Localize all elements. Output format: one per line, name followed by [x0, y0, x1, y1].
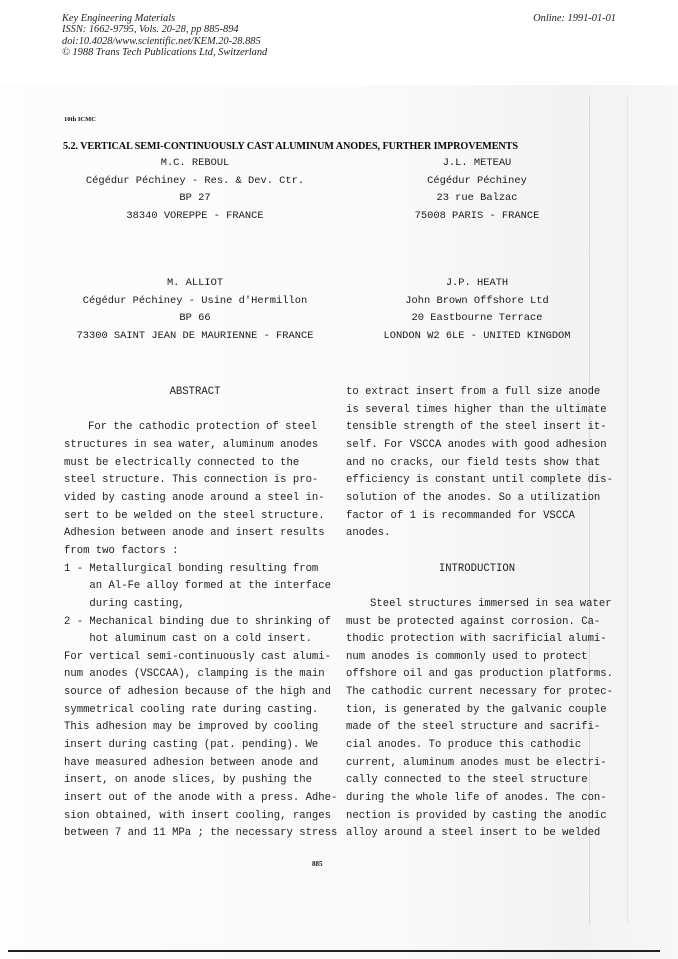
author-address: BP 27 — [64, 190, 326, 208]
author-affiliation: Cégédur Péchiney — [346, 173, 608, 191]
text-line: structures in sea water, aluminum anodes — [64, 437, 326, 455]
abstract-left-column: ABSTRACT For the cathodic protection of … — [64, 384, 326, 843]
paper-title: 5.2. VERTICAL SEMI-CONTINUOUSLY CAST ALU… — [63, 141, 518, 152]
author-block-3: M. ALLIOT Cégédur Péchiney - Usine d'Her… — [64, 275, 326, 346]
text-line: anodes. — [346, 525, 608, 543]
text-line: insert, on anode slices, by pushing the — [64, 772, 326, 790]
author-name: J.L. METEAU — [346, 155, 608, 173]
author-address: 38340 VOREPPE - FRANCE — [64, 208, 326, 226]
text-line: must be electrically connected to the — [64, 455, 326, 473]
text-line: must be protected against corrosion. Ca- — [346, 614, 608, 632]
text-line: For vertical semi-continuously cast alum… — [64, 649, 326, 667]
journal-header: Key Engineering Materials ISSN: 1662-979… — [62, 13, 267, 58]
page-bottom-rule — [8, 950, 660, 952]
text-line: insert out of the anode with a press. Ad… — [64, 790, 326, 808]
list-item-line: hot aluminum cast on a cold insert. — [64, 631, 326, 649]
text-line: sert to be welded on the steel structure… — [64, 508, 326, 526]
abstract-paragraph-1: For the cathodic protection of steelstru… — [64, 419, 326, 560]
author-affiliation: Cégédur Péchiney - Usine d'Hermillon — [64, 293, 326, 311]
abstract-right-column: to extract insert from a full size anode… — [346, 384, 608, 843]
text-line: self. For VSCCA anodes with good adhesio… — [346, 437, 608, 455]
text-line: insert during casting (pat. pending). We — [64, 737, 326, 755]
text-line: offshore oil and gas production platform… — [346, 666, 608, 684]
text-line: vided by casting anode around a steel in… — [64, 490, 326, 508]
text-line: For the cathodic protection of steel — [64, 419, 326, 437]
text-line: from two factors : — [64, 543, 326, 561]
text-line: is several times higher than the ultimat… — [346, 402, 608, 420]
text-line: factor of 1 is recommanded for VSCCA — [346, 508, 608, 526]
text-line: cial anodes. To produce this cathodic — [346, 737, 608, 755]
journal-name: Key Engineering Materials — [62, 13, 267, 24]
text-line: source of adhesion because of the high a… — [64, 684, 326, 702]
online-date: Online: 1991-01-01 — [533, 13, 616, 24]
text-line: to extract insert from a full size anode — [346, 384, 608, 402]
doi-line: doi:10.4028/www.scientific.net/KEM.20-28… — [62, 36, 267, 47]
author-name: J.P. HEATH — [346, 275, 608, 293]
author-block-4: J.P. HEATH John Brown Offshore Ltd 20 Ea… — [346, 275, 608, 346]
abstract-factor-list: 1 - Metallurgical bonding resulting from… — [64, 561, 326, 649]
author-affiliation: Cégédur Péchiney - Res. & Dev. Ctr. — [64, 173, 326, 191]
text-line: The cathodic current necessary for prote… — [346, 684, 608, 702]
page-number: 885 — [312, 860, 323, 868]
text-line: Adhesion between anode and insert result… — [64, 525, 326, 543]
author-address: LONDON W2 6LE - UNITED KINGDOM — [346, 328, 608, 346]
issn-line: ISSN: 1662-9795, Vols. 20-28, pp 885-894 — [62, 24, 267, 35]
list-item-line: 1 - Metallurgical bonding resulting from — [64, 561, 326, 579]
text-line: made of the steel structure and sacrifi- — [346, 719, 608, 737]
text-line: during the whole life of anodes. The con… — [346, 790, 608, 808]
text-line: nection is provided by casting the anodi… — [346, 808, 608, 826]
text-line: solution of the anodes. So a utilization — [346, 490, 608, 508]
author-block-2: J.L. METEAU Cégédur Péchiney 23 rue Balz… — [346, 155, 608, 226]
text-line: have measured adhesion between anode and — [64, 755, 326, 773]
text-line: sion obtained, with insert cooling, rang… — [64, 808, 326, 826]
text-line: between 7 and 11 MPa ; the necessary str… — [64, 825, 326, 843]
text-line: cally connected to the steel structure — [346, 772, 608, 790]
text-line: thodic protection with sacrificial alumi… — [346, 631, 608, 649]
author-name: M.C. REBOUL — [64, 155, 326, 173]
copyright-line: © 1988 Trans Tech Publications Ltd, Swit… — [62, 47, 267, 58]
introduction-heading: INTRODUCTION — [346, 561, 608, 579]
introduction-paragraph: Steel structures immersed in sea watermu… — [346, 596, 608, 843]
author-name: M. ALLIOT — [64, 275, 326, 293]
list-item-line: during casting, — [64, 596, 326, 614]
text-line: Steel structures immersed in sea water — [346, 596, 608, 614]
author-address: BP 66 — [64, 310, 326, 328]
bleed-through-line — [627, 95, 628, 925]
author-address: 23 rue Balzac — [346, 190, 608, 208]
text-line: symmetrical cooling rate during casting. — [64, 702, 326, 720]
author-affiliation: John Brown Offshore Ltd — [346, 293, 608, 311]
text-line: alloy around a steel insert to be welded — [346, 825, 608, 843]
text-line: efficiency is constant until complete di… — [346, 472, 608, 490]
text-line: current, aluminum anodes must be electri… — [346, 755, 608, 773]
abstract-heading: ABSTRACT — [64, 384, 326, 402]
text-line: steel structure. This connection is pro- — [64, 472, 326, 490]
text-line: tion, is generated by the galvanic coupl… — [346, 702, 608, 720]
text-line: This adhesion may be improved by cooling — [64, 719, 326, 737]
author-address: 20 Eastbourne Terrace — [346, 310, 608, 328]
text-line: tensible strength of the steel insert it… — [346, 419, 608, 437]
text-line: num anodes is commonly used to protect — [346, 649, 608, 667]
list-item-line: 2 - Mechanical binding due to shrinking … — [64, 614, 326, 632]
text-line: and no cracks, our field tests show that — [346, 455, 608, 473]
author-address: 75008 PARIS - FRANCE — [346, 208, 608, 226]
abstract-continuation: to extract insert from a full size anode… — [346, 384, 608, 543]
text-line: num anodes (VSCCAA), clamping is the mai… — [64, 666, 326, 684]
author-address: 73300 SAINT JEAN DE MAURIENNE - FRANCE — [64, 328, 326, 346]
conference-label: 10th ICMC — [64, 116, 96, 123]
abstract-paragraph-2: For vertical semi-continuously cast alum… — [64, 649, 326, 843]
author-block-1: M.C. REBOUL Cégédur Péchiney - Res. & De… — [64, 155, 326, 226]
list-item-line: an Al-Fe alloy formed at the interface — [64, 578, 326, 596]
